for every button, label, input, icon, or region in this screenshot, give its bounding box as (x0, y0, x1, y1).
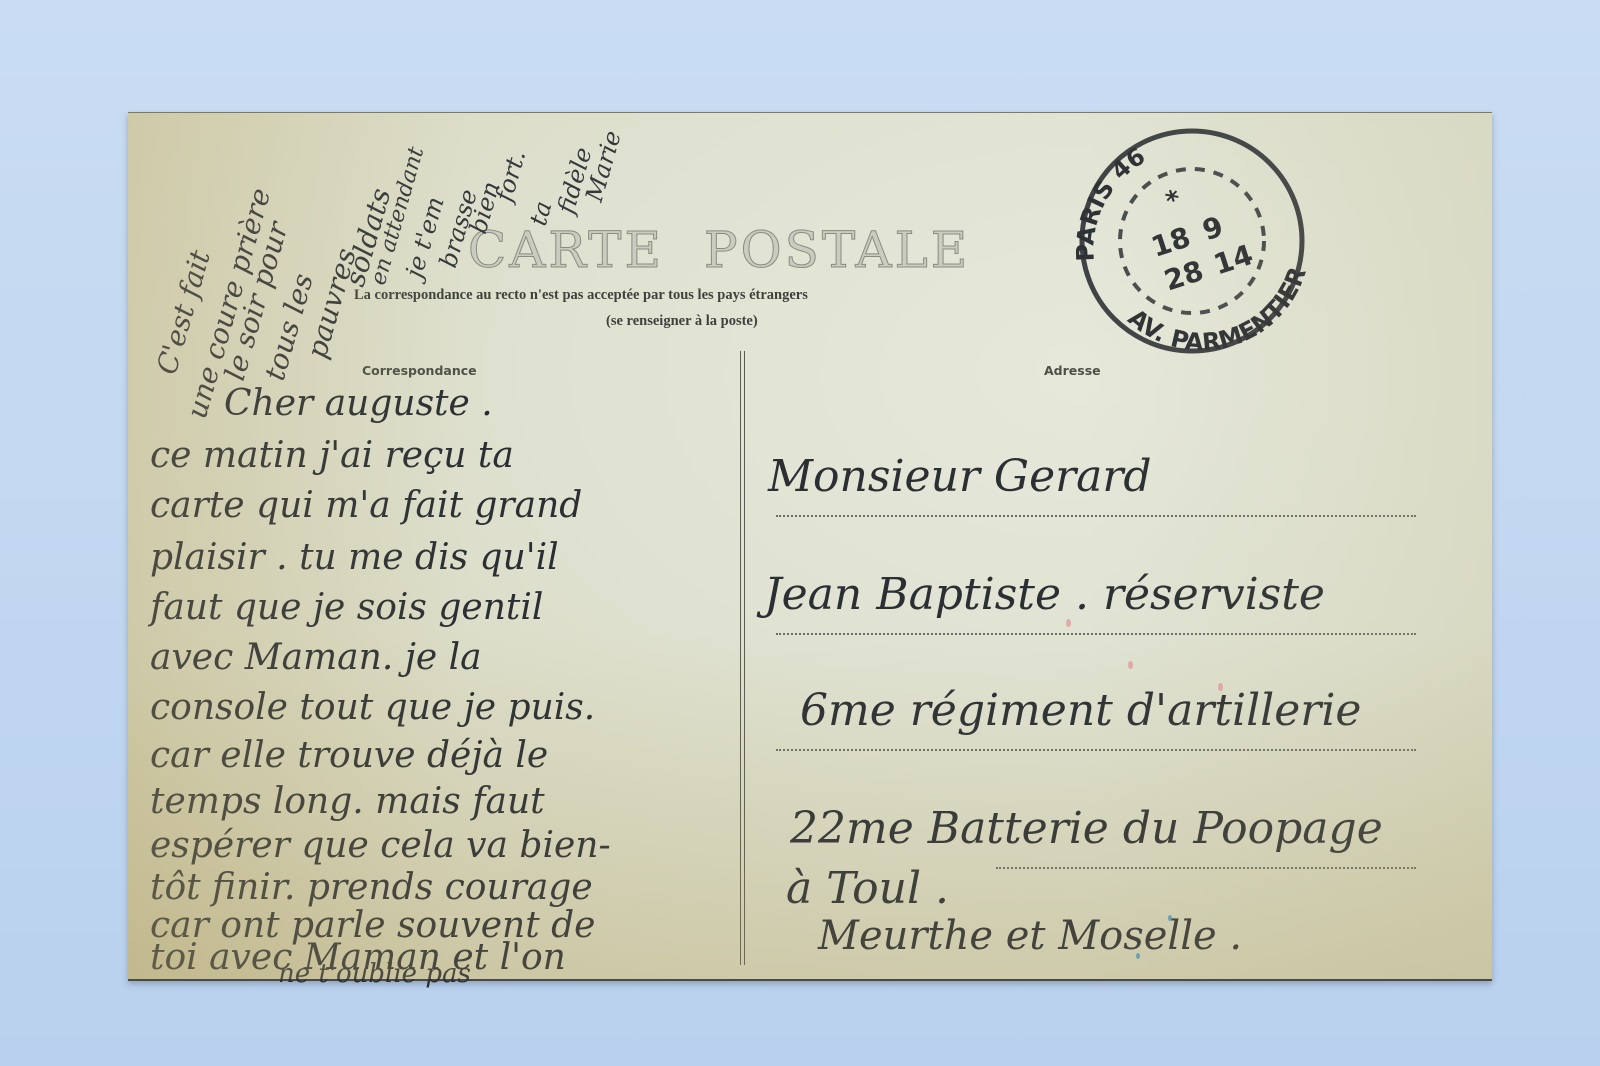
correspondence-line: carte qui m'a fait grand (150, 485, 582, 526)
address-rule (776, 515, 1416, 517)
ink-spot (1168, 915, 1172, 921)
correspondence-line: avec Maman. je la (150, 637, 482, 678)
margin-note: fort. (490, 147, 531, 205)
address-line: Meurthe et Moselle . (818, 913, 1242, 959)
correspondence-line: console tout que je puis. (150, 687, 595, 728)
address-line: à Toul . (786, 863, 949, 914)
correspondence-line: ce matin j'ai reçu ta (150, 435, 514, 476)
correspondence-line: tôt finir. prends courage (150, 867, 593, 908)
correspondence-line: plaisir . tu me dis qu'il (150, 537, 559, 578)
correspondence-line: ne t'oublie pas (278, 959, 471, 989)
postcard-back: CARTEPOSTALE La correspondance au recto … (128, 112, 1492, 981)
heading-word-carte: CARTE (468, 221, 664, 279)
correspondence-line: car elle trouve déjà le (150, 735, 548, 776)
correspondence-label: Correspondance (362, 363, 477, 378)
correspondence-notice-sub: (se renseigner à la poste) (606, 313, 758, 330)
address-line: 22me Batterie du Poopage (790, 803, 1383, 854)
address-label: Adresse (1044, 363, 1101, 378)
address-rule (996, 867, 1416, 869)
ink-spot (1136, 953, 1140, 959)
correspondence-line: faut que je sois gentil (150, 587, 543, 628)
postmark-stamp: PARIS 46 AV. PARMENTIER * 18 9 28 14 (1056, 121, 1328, 361)
ink-spot (1066, 619, 1071, 627)
address-rule (776, 633, 1416, 635)
correspondence-line: espérer que cela va bien- (150, 825, 611, 866)
address-line: 6me régiment d'artillerie (800, 685, 1361, 736)
correspondence-line: temps long. mais faut (150, 781, 545, 822)
address-line: Jean Baptiste . réserviste (764, 569, 1325, 620)
ink-spot (1128, 661, 1133, 669)
address-line: Monsieur Gerard (768, 451, 1152, 502)
svg-text:*: * (1162, 184, 1185, 217)
correspondence-line: Cher auguste . (224, 383, 493, 424)
svg-text:9: 9 (1199, 210, 1228, 247)
address-rule (776, 749, 1416, 751)
center-divider (740, 351, 745, 965)
correspondence-notice: La correspondance au recto n'est pas acc… (354, 287, 1150, 304)
heading-word-postale: POSTALE (704, 221, 970, 279)
ink-spot (1218, 683, 1223, 691)
